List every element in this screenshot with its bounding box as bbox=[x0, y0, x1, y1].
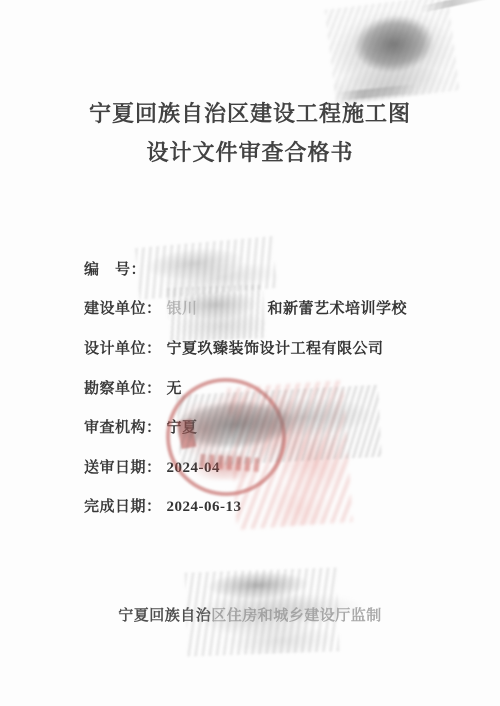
field-design-unit: 设计单位： 宁夏玖臻装饰设计工程有限公司 bbox=[84, 337, 384, 358]
serial-number-label: 编 号： bbox=[84, 258, 146, 279]
footer-issuer-dark: 宁夏回族自治 bbox=[118, 608, 211, 624]
review-agency-redaction-smudge bbox=[176, 385, 381, 467]
construction-unit-label: 建设单位： bbox=[84, 297, 162, 318]
completion-date-label: 完成日期： bbox=[84, 495, 162, 516]
completion-date-value: 2024-06-13 bbox=[167, 499, 242, 516]
field-review-agency: 审查机构： 宁夏 bbox=[84, 416, 198, 437]
review-agency-value: 宁夏 bbox=[167, 416, 198, 437]
top-right-redaction-smudge bbox=[325, 0, 460, 105]
document-title-line1: 宁夏回族自治区建设工程施工图 bbox=[0, 97, 500, 128]
footer-issuer-faint: 区住房和城乡建设厅监制 bbox=[211, 608, 382, 624]
field-submission-date: 送审日期： 2024-04 bbox=[84, 456, 220, 477]
document-title-line2: 设计文件审查合格书 bbox=[0, 136, 500, 167]
submission-date-value: 2024-04 bbox=[167, 460, 221, 477]
design-unit-label: 设计单位： bbox=[84, 337, 162, 358]
field-survey-unit: 勘察单位： 无 bbox=[84, 377, 182, 398]
review-agency-label: 审查机构： bbox=[84, 416, 162, 437]
field-completion-date: 完成日期： 2024-06-13 bbox=[84, 495, 242, 516]
field-construction-unit: 建设单位： 银川 和新蕾艺术培训学校 bbox=[84, 297, 407, 318]
survey-unit-label: 勘察单位： bbox=[84, 377, 162, 398]
design-unit-value: 宁夏玖臻装饰设计工程有限公司 bbox=[167, 337, 384, 358]
submission-date-label: 送审日期： bbox=[84, 456, 162, 477]
serial-number-redaction-smudge bbox=[135, 236, 277, 300]
red-ink-smear bbox=[227, 380, 353, 530]
construction-unit-value-faint: 银川 bbox=[167, 297, 198, 318]
construction-unit-value: 和新蕾艺术培训学校 bbox=[268, 297, 408, 318]
survey-unit-value: 无 bbox=[167, 377, 183, 398]
footer-issuer-line: 宁夏回族自治区住房和城乡建设厅监制 bbox=[0, 604, 500, 625]
field-serial-number: 编 号： bbox=[84, 258, 151, 279]
corner-pencil-streak bbox=[420, 0, 498, 13]
certificate-page: 宁夏回族自治区建设工程施工图 设计文件审查合格书 编 号： 建设单位： 银川 和… bbox=[0, 0, 500, 706]
